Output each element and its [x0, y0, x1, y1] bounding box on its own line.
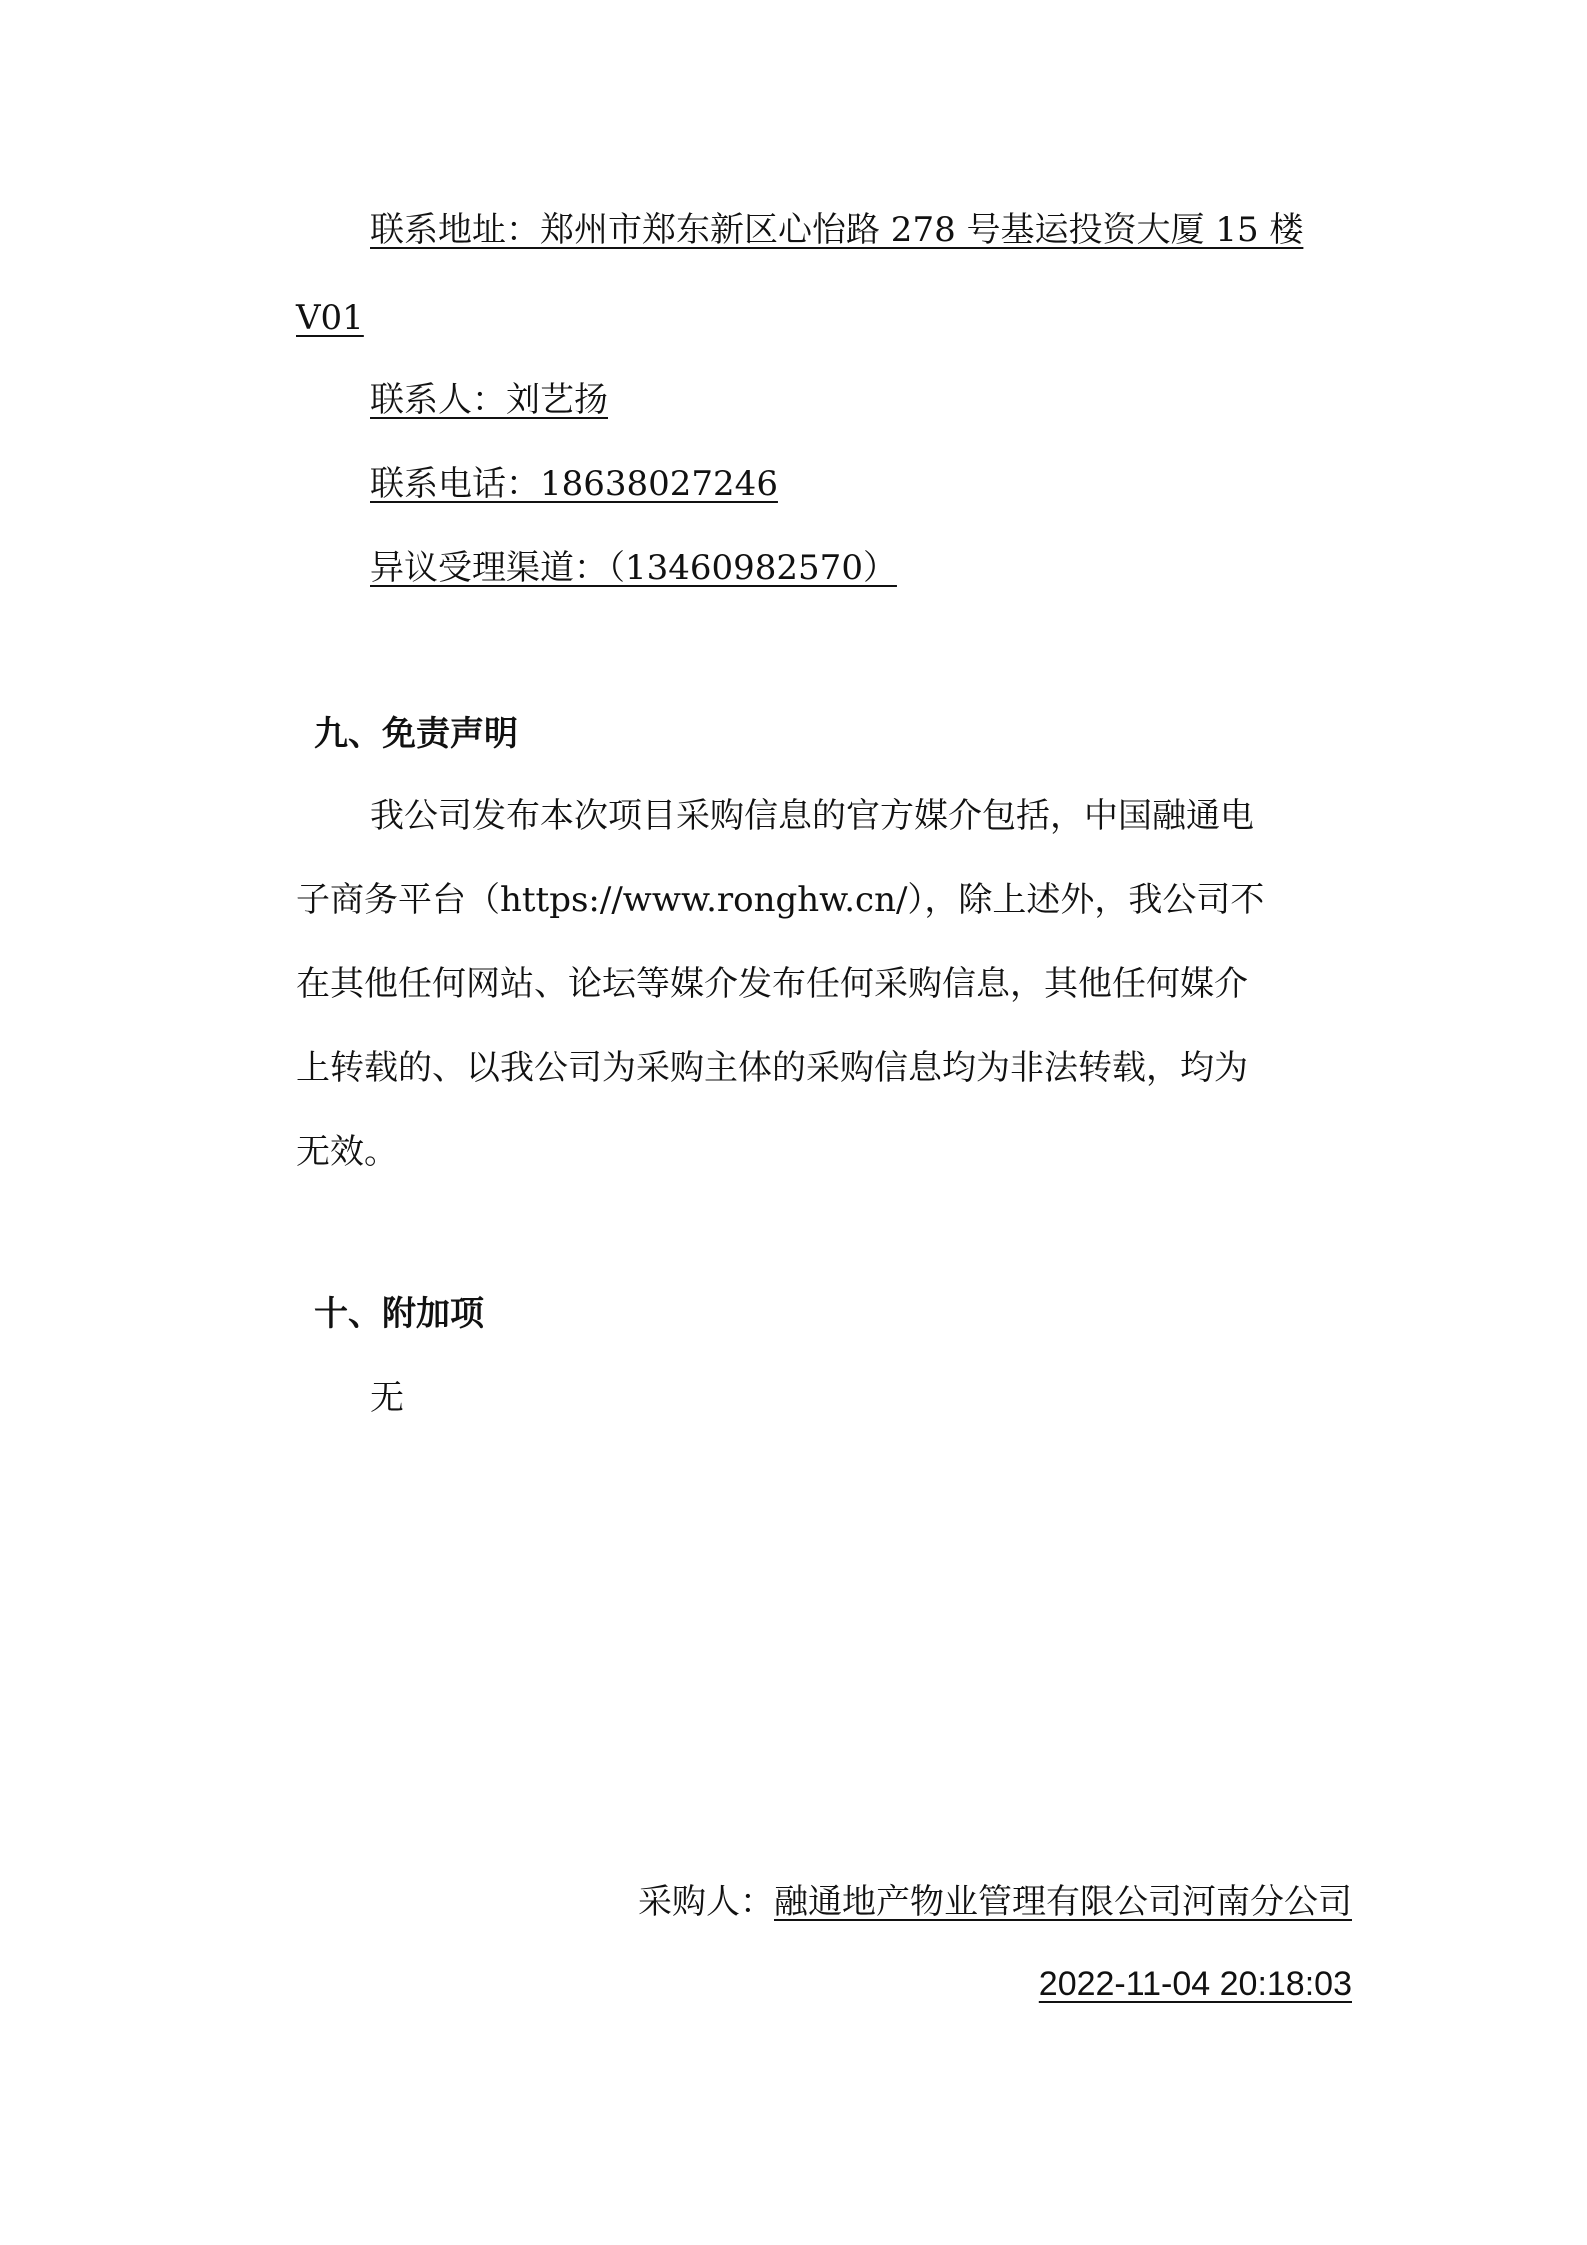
additional-content: 无 — [370, 1376, 404, 1420]
contact-person: 联系人：刘艺扬 — [370, 378, 608, 422]
purchaser-name: 融通地产物业管理有限公司河南分公司 — [774, 1882, 1352, 1922]
disclaimer-line-1: 我公司发布本次项目采购信息的官方媒介包括，中国融通电 — [370, 794, 1254, 838]
disclaimer-line-4: 上转载的、以我公司为采购主体的采购信息均为非法转载，均为 — [296, 1046, 1248, 1090]
signature-block: 采购人：融通地产物业管理有限公司河南分公司 — [638, 1880, 1352, 1924]
purchaser-label: 采购人： — [638, 1882, 774, 1922]
contact-phone: 联系电话：18638027246 — [370, 462, 778, 506]
disclaimer-line-3: 在其他任何网站、论坛等媒介发布任何采购信息，其他任何媒介 — [296, 962, 1248, 1006]
objection-channel: 异议受理渠道：（13460982570） — [370, 546, 897, 590]
disclaimer-line-2: 子商务平台（https://www.ronghw.cn/），除上述外，我公司不 — [296, 878, 1264, 922]
contact-address-line2: V01 — [296, 296, 364, 340]
section-heading-additional: 十、附加项 — [314, 1292, 484, 1336]
section-heading-disclaimer: 九、免责声明 — [314, 712, 518, 756]
disclaimer-line-5: 无效。 — [296, 1130, 398, 1174]
contact-address-line1: 联系地址：郑州市郑东新区心怡路 278 号基运投资大厦 15 楼 — [370, 208, 1303, 252]
publish-datetime: 2022-11-04 20:18:03 — [1039, 1962, 1352, 2006]
